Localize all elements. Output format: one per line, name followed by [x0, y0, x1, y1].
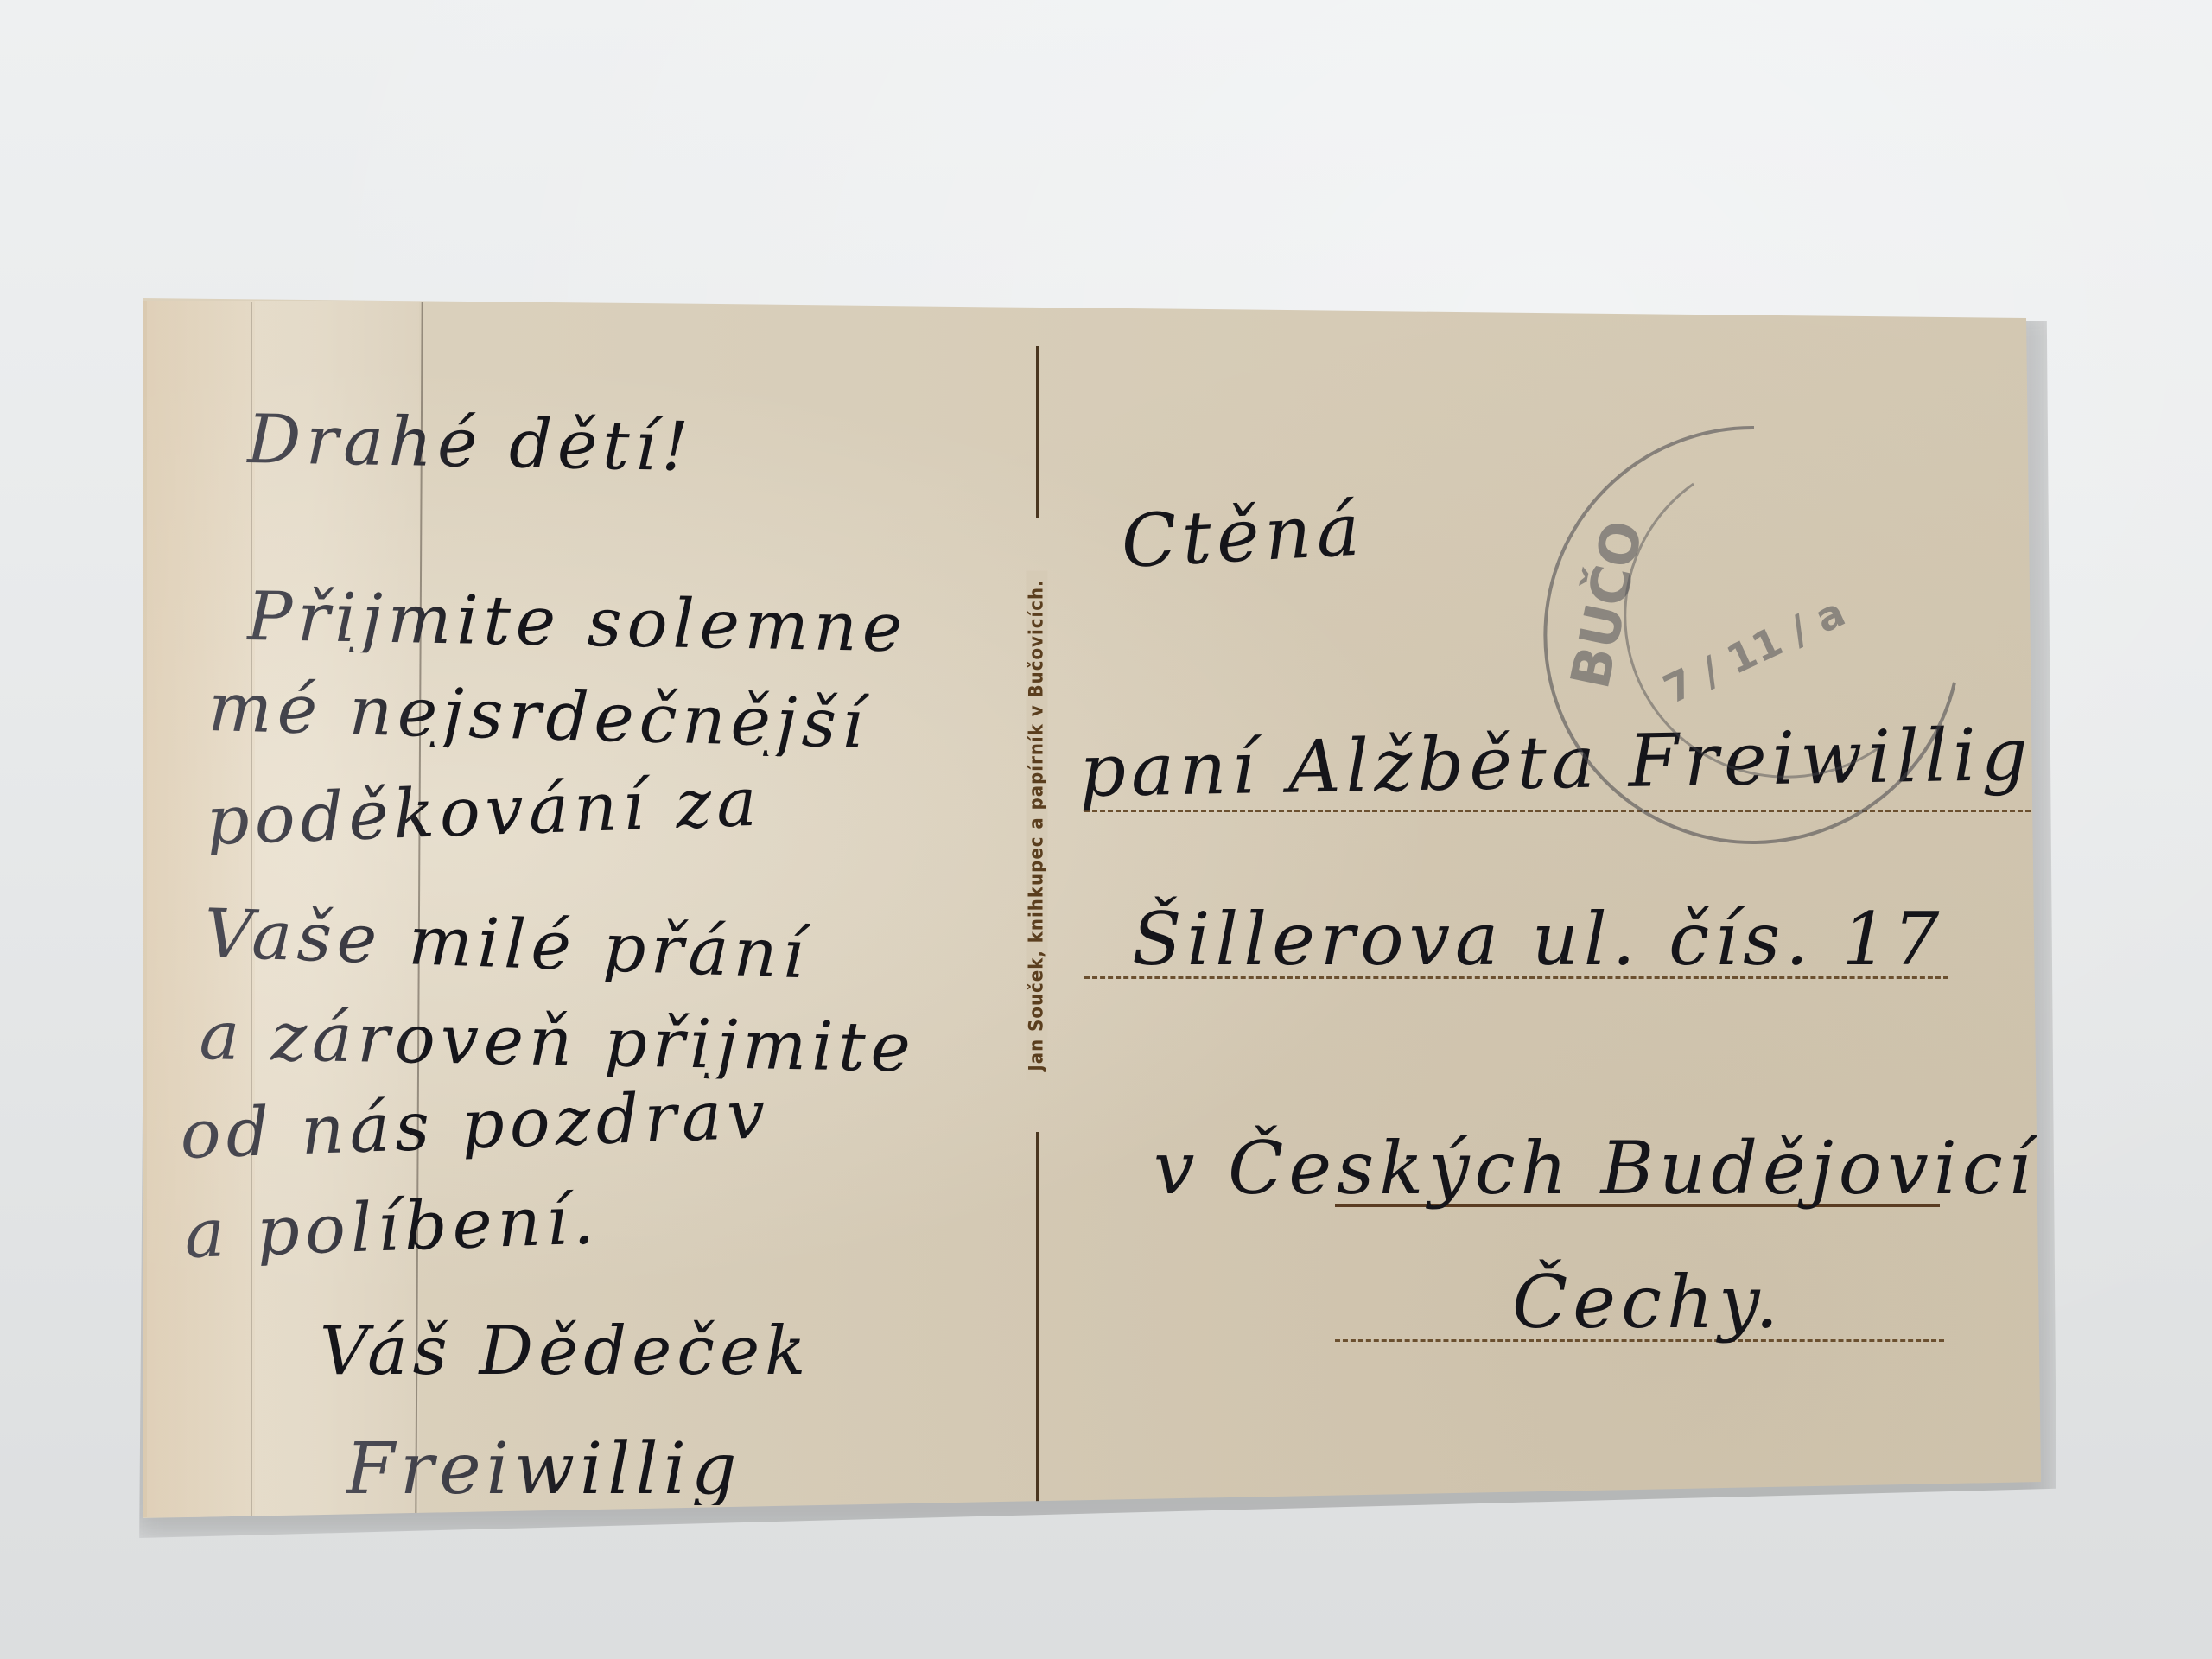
message-line-5: a zároveň přijmite	[199, 1002, 916, 1082]
publisher-imprint: Jan Souček, knihkupec a papírník v Bučov…	[1027, 570, 1048, 1079]
message-line-4: Vaše milé přání	[203, 900, 810, 988]
message-line-1: Přijmite solemne	[246, 583, 908, 662]
postmark-date: 7 / 11 / a	[1656, 588, 1853, 713]
message-line-6: od nás pozdrav	[179, 1081, 771, 1169]
address-country: Čechy.	[1512, 1266, 1783, 1338]
message-greeting: Drahé dětí!	[246, 406, 695, 481]
message-signature: Freiwillig	[346, 1434, 741, 1505]
address-salutation: Ctěná	[1120, 493, 1367, 578]
message-line-7: a políbení.	[183, 1186, 601, 1268]
message-closing: Váš Dědeček	[320, 1318, 810, 1385]
message-line-3: poděkování za	[205, 769, 763, 855]
center-divider-top	[1036, 346, 1039, 518]
address-recipient: paní Alžběta Freiwilligová	[1079, 715, 2177, 807]
postmark-town: BUČO	[1558, 515, 1655, 694]
address-street: Šillerova ul. čís. 17	[1132, 903, 1945, 976]
address-city: v Českých Budějovicích	[1154, 1132, 2134, 1205]
message-line-2: mé nejsrdečnější	[207, 674, 869, 759]
center-divider-bottom	[1036, 1132, 1039, 1512]
